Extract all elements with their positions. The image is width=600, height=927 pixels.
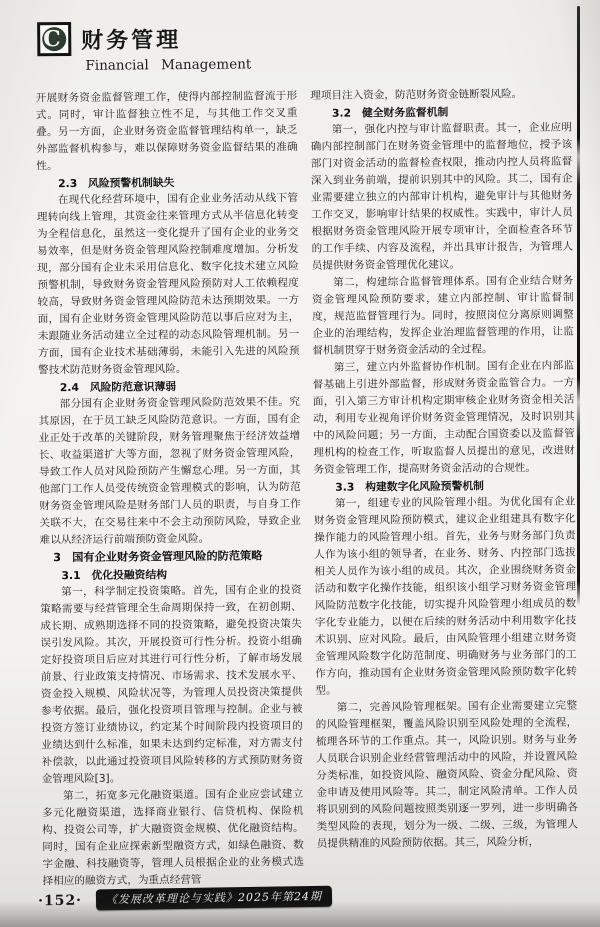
section-title: 财务管理: [81, 23, 181, 55]
journal-logo-icon: C: [37, 22, 71, 56]
section-subtitle: Financial Management: [85, 53, 597, 73]
paragraph: 第二，构建综合监督管理体系。国有企业结合财务资金管理风险预防要求，建立内部控制、…: [312, 273, 574, 360]
scan-bottom-shadow: [0, 901, 600, 927]
page-content: C 财务管理 Financial Management 开展财务资金监督管理工作…: [0, 0, 600, 890]
paragraph: 第二，拓宽多元化融资渠道。国有企业应尝试建立多元化融资渠道，选择商业银行、信贷机…: [42, 785, 304, 889]
section-heading: 3 国有企业财务资金管理风险的防范策略: [40, 547, 302, 567]
paragraph: 开展财务资金监督管理工作，使得内部控制监督流于形式。同时，审计监督独立性不足，与…: [36, 88, 298, 175]
paragraph: 第二，完善风险管理框架。国有企业需要建立完整的风险管理框架，覆盖风险识别至风险处…: [316, 698, 579, 853]
logo-letter: C: [43, 26, 61, 52]
paragraph: 第三，建立内外监督协作机制。国有企业在内部监督基础上引进外部监督，形成财务资金监…: [313, 358, 576, 479]
paragraph: 在现代化经营环境中，国有企业业务活动从线下管理转向线上管理，其资金往来管理方式从…: [37, 190, 300, 379]
paragraph: 部分国有企业财务资金管理风险防范效果不佳。究其原因，在于员工缺乏风险防范意识。一…: [38, 394, 301, 549]
right-column: 理项目注入资金，防范财务资金链断裂风险。 3.2 健全财务监督机制 第一，强化内…: [310, 86, 578, 888]
paragraph: 第一，科学制定投资策略。首先，国有企业的投资策略需要与经营管理全生命周期保持一致…: [40, 581, 303, 787]
left-column: 开展财务资金监督管理工作，使得内部控制监督流于形式。同时，审计监督独立性不足，与…: [36, 88, 304, 890]
scanned-journal-page: C 财务管理 Financial Management 开展财务资金监督管理工作…: [0, 0, 600, 927]
two-column-text: 开展财务资金监督管理工作，使得内部控制监督流于形式。同时，审计监督独立性不足，与…: [36, 86, 579, 890]
paragraph: 第一，组建专业的风险管理小组。为优化国有企业财务资金管理风险预防模式，建议企业组…: [314, 494, 577, 700]
column-header: C 财务管理 Financial Management: [0, 0, 598, 75]
paragraph: 第一，强化内控与审计监督职责。其一，企业应明确内部控制部门在财务资金管理中的监督…: [310, 120, 573, 275]
